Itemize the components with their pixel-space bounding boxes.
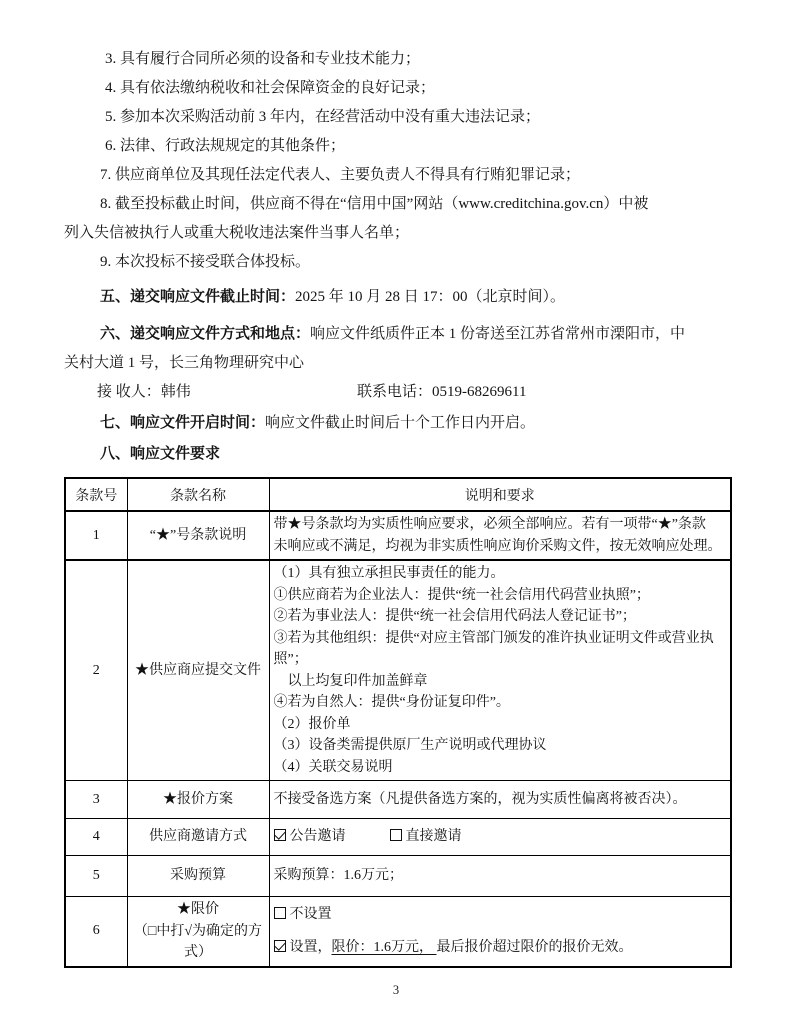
description-line: ④若为自然人：提供“身份证复印件”。 — [274, 692, 727, 714]
description-text: 限价：1.6万元， — [332, 940, 437, 955]
description-text: 公告邀请 — [290, 829, 346, 844]
cell-clause-no: 4 — [65, 819, 127, 856]
contact-phone: 联系电话：0519-68269611 — [357, 384, 526, 400]
list-item-9: 9. 本次投标不接受联合体投标。 — [64, 248, 732, 277]
clause-name-line: ★供应商应提交文件 — [132, 660, 265, 682]
section-opening-time-label: 七、响应文件开启时间： — [100, 415, 265, 431]
clause-name-line: 采购预算 — [132, 865, 265, 887]
checkbox-checked-icon — [274, 940, 286, 952]
description-text: 不接受备选方案（凡提供备选方案的，视为实质性偏离将被否决）。 — [274, 792, 687, 807]
cell-clause-no: 6 — [65, 897, 127, 967]
contact-line: 接 收人：韩伟联系电话：0519-68269611 — [64, 378, 732, 407]
table-row: 5采购预算采购预算：1.6万元； — [65, 856, 731, 897]
section-deadline-text: 2025 年 10 月 28 日 17：00（北京时间）。 — [295, 289, 565, 305]
section-response-requirements: 八、响应文件要求 — [64, 440, 732, 469]
column-header: 条款号 — [65, 478, 127, 511]
description-text: ①供应商若为企业法人：提供“统一社会信用代码营业执照”； — [274, 588, 650, 603]
document-page: 3. 具有履行合同所必须的设备和专业技术能力； 4. 具有依法缴纳税收和社会保障… — [0, 0, 792, 1020]
section-deadline: 五、递交响应文件截止时间：2025 年 10 月 28 日 17：00（北京时间… — [64, 283, 732, 312]
cell-description: 带★号条款均为实质性响应要求，必须全部响应。若有一项带“★”条款 未响应或不满足… — [269, 511, 731, 560]
description-line: （4）关联交易说明 — [274, 757, 727, 779]
cell-description: 采购预算：1.6万元； — [269, 856, 731, 897]
section-response-requirements-label: 八、响应文件要求 — [100, 446, 220, 462]
section-opening-time: 七、响应文件开启时间：响应文件截止时间后十个工作日内开启。 — [64, 409, 732, 438]
description-line: （1）具有独立承担民事责任的能力。 — [274, 563, 727, 585]
list-item-8: 8. 截至投标截止时间，供应商不得在“信用中国”网站（www.creditchi… — [64, 190, 732, 248]
table-row: 3★报价方案不接受备选方案（凡提供备选方案的，视为实质性偏离将被否决）。 — [65, 781, 731, 819]
description-text: 最后报价超过限价的报价无效。 — [437, 940, 633, 955]
table-row: 1“★”号条款说明带★号条款均为实质性响应要求，必须全部响应。若有一项带“★”条… — [65, 511, 731, 560]
list-item-7: 7. 供应商单位及其现任法定代表人、主要负责人不得具有行贿犯罪记录； — [64, 161, 732, 190]
section-delivery-label: 六、递交响应文件方式和地点： — [100, 326, 310, 342]
table-header-row: 条款号条款名称说明和要求 — [65, 478, 731, 511]
description-line: 不接受备选方案（凡提供备选方案的，视为实质性偏离将被否决）。 — [274, 789, 727, 811]
description-text: 以上均复印件加盖鲜章 — [274, 674, 428, 689]
section-deadline-label: 五、递交响应文件截止时间： — [100, 289, 295, 305]
checkbox-unchecked-icon — [390, 829, 402, 841]
description-line: ①供应商若为企业法人：提供“统一社会信用代码营业执照”； — [274, 585, 727, 607]
description-text: 采购预算：1.6万元； — [274, 868, 404, 883]
description-line: 不设置 — [274, 904, 727, 926]
cell-clause-name: ★报价方案 — [127, 781, 269, 819]
cell-description: 不接受备选方案（凡提供备选方案的，视为实质性偏离将被否决）。 — [269, 781, 731, 819]
table-row: 2★供应商应提交文件（1）具有独立承担民事责任的能力。①供应商若为企业法人：提供… — [65, 560, 731, 781]
list-item-6: 6. 法律、行政法规规定的其他条件； — [64, 132, 732, 161]
cell-clause-name: ★限价（□中打√为确定的方式） — [127, 897, 269, 967]
table-row: 4供应商邀请方式公告邀请直接邀请 — [65, 819, 731, 856]
cell-description: （1）具有独立承担民事责任的能力。①供应商若为企业法人：提供“统一社会信用代码营… — [269, 560, 731, 781]
list-item-4: 4. 具有依法缴纳税收和社会保障资金的良好记录； — [64, 74, 732, 103]
checkbox-unchecked-icon — [274, 907, 286, 919]
description-text: 不设置 — [290, 907, 332, 922]
checkbox-checked-icon — [274, 829, 286, 841]
receiver-name: 接 收人：韩伟 — [97, 378, 357, 407]
description-text: 直接邀请 — [406, 829, 462, 844]
description-text: （2）报价单 — [274, 717, 351, 732]
cell-description: 不设置设置，限价：1.6万元， 最后报价超过限价的报价无效。 — [269, 897, 731, 967]
description-line: 设置，限价：1.6万元， 最后报价超过限价的报价无效。 — [274, 937, 727, 959]
cell-clause-name: 供应商邀请方式 — [127, 819, 269, 856]
description-line: 采购预算：1.6万元； — [274, 865, 727, 887]
description-text: 带★号条款均为实质性响应要求，必须全部响应。若有一项带“★”条款 未响应或不满足… — [274, 517, 722, 554]
description-text: ②若为事业法人：提供“统一社会信用代码法人登记证书”； — [274, 609, 636, 624]
description-line: 以上均复印件加盖鲜章 — [274, 671, 727, 693]
clause-name-line: 供应商邀请方式 — [132, 826, 265, 848]
description-line: 带★号条款均为实质性响应要求，必须全部响应。若有一项带“★”条款 未响应或不满足… — [274, 514, 727, 557]
table-row: 6★限价（□中打√为确定的方式）不设置设置，限价：1.6万元， 最后报价超过限价… — [65, 897, 731, 967]
description-text: （4）关联交易说明 — [274, 760, 393, 775]
cell-clause-name: ★供应商应提交文件 — [127, 560, 269, 781]
cell-clause-no: 2 — [65, 560, 127, 781]
cell-clause-no: 3 — [65, 781, 127, 819]
clause-name-line: “★”号条款说明 — [132, 525, 265, 547]
page-number: 3 — [0, 983, 792, 998]
description-text: （1）具有独立承担民事责任的能力。 — [274, 566, 505, 581]
list-item-3: 3. 具有履行合同所必须的设备和专业技术能力； — [64, 45, 732, 74]
cell-description: 公告邀请直接邀请 — [269, 819, 731, 856]
description-text: 设置， — [290, 940, 332, 955]
description-line: ②若为事业法人：提供“统一社会信用代码法人登记证书”； — [274, 606, 727, 628]
section-delivery: 六、递交响应文件方式和地点：响应文件纸质件正本 1 份寄送至江苏省常州市溧阳市，… — [64, 320, 732, 378]
clause-name-line: ★限价 — [132, 899, 265, 921]
description-line: （3）设备类需提供原厂生产说明或代理协议 — [274, 735, 727, 757]
description-line: 公告邀请直接邀请 — [274, 826, 727, 848]
cell-clause-name: 采购预算 — [127, 856, 269, 897]
column-header: 说明和要求 — [269, 478, 731, 511]
description-text: ④若为自然人：提供“身份证复印件”。 — [274, 695, 510, 710]
description-line: （2）报价单 — [274, 714, 727, 736]
column-header: 条款名称 — [127, 478, 269, 511]
clause-name-line: ★报价方案 — [132, 789, 265, 811]
list-item-5: 5. 参加本次采购活动前 3 年内，在经营活动中没有重大违法记录； — [64, 103, 732, 132]
description-line: ③若为其他组织：提供“对应主管部门颁发的准许执业证明文件或营业执 照”； — [274, 628, 727, 671]
table-body: 1“★”号条款说明带★号条款均为实质性响应要求，必须全部响应。若有一项带“★”条… — [65, 511, 731, 967]
cell-clause-name: “★”号条款说明 — [127, 511, 269, 560]
requirements-table: 条款号条款名称说明和要求 1“★”号条款说明带★号条款均为实质性响应要求，必须全… — [64, 477, 732, 968]
clause-name-line: （□中打√为确定的方式） — [132, 921, 265, 964]
description-text: （3）设备类需提供原厂生产说明或代理协议 — [274, 738, 547, 753]
description-text: ③若为其他组织：提供“对应主管部门颁发的准许执业证明文件或营业执 照”； — [274, 631, 714, 668]
cell-clause-no: 1 — [65, 511, 127, 560]
cell-clause-no: 5 — [65, 856, 127, 897]
section-opening-time-text: 响应文件截止时间后十个工作日内开启。 — [265, 415, 535, 431]
